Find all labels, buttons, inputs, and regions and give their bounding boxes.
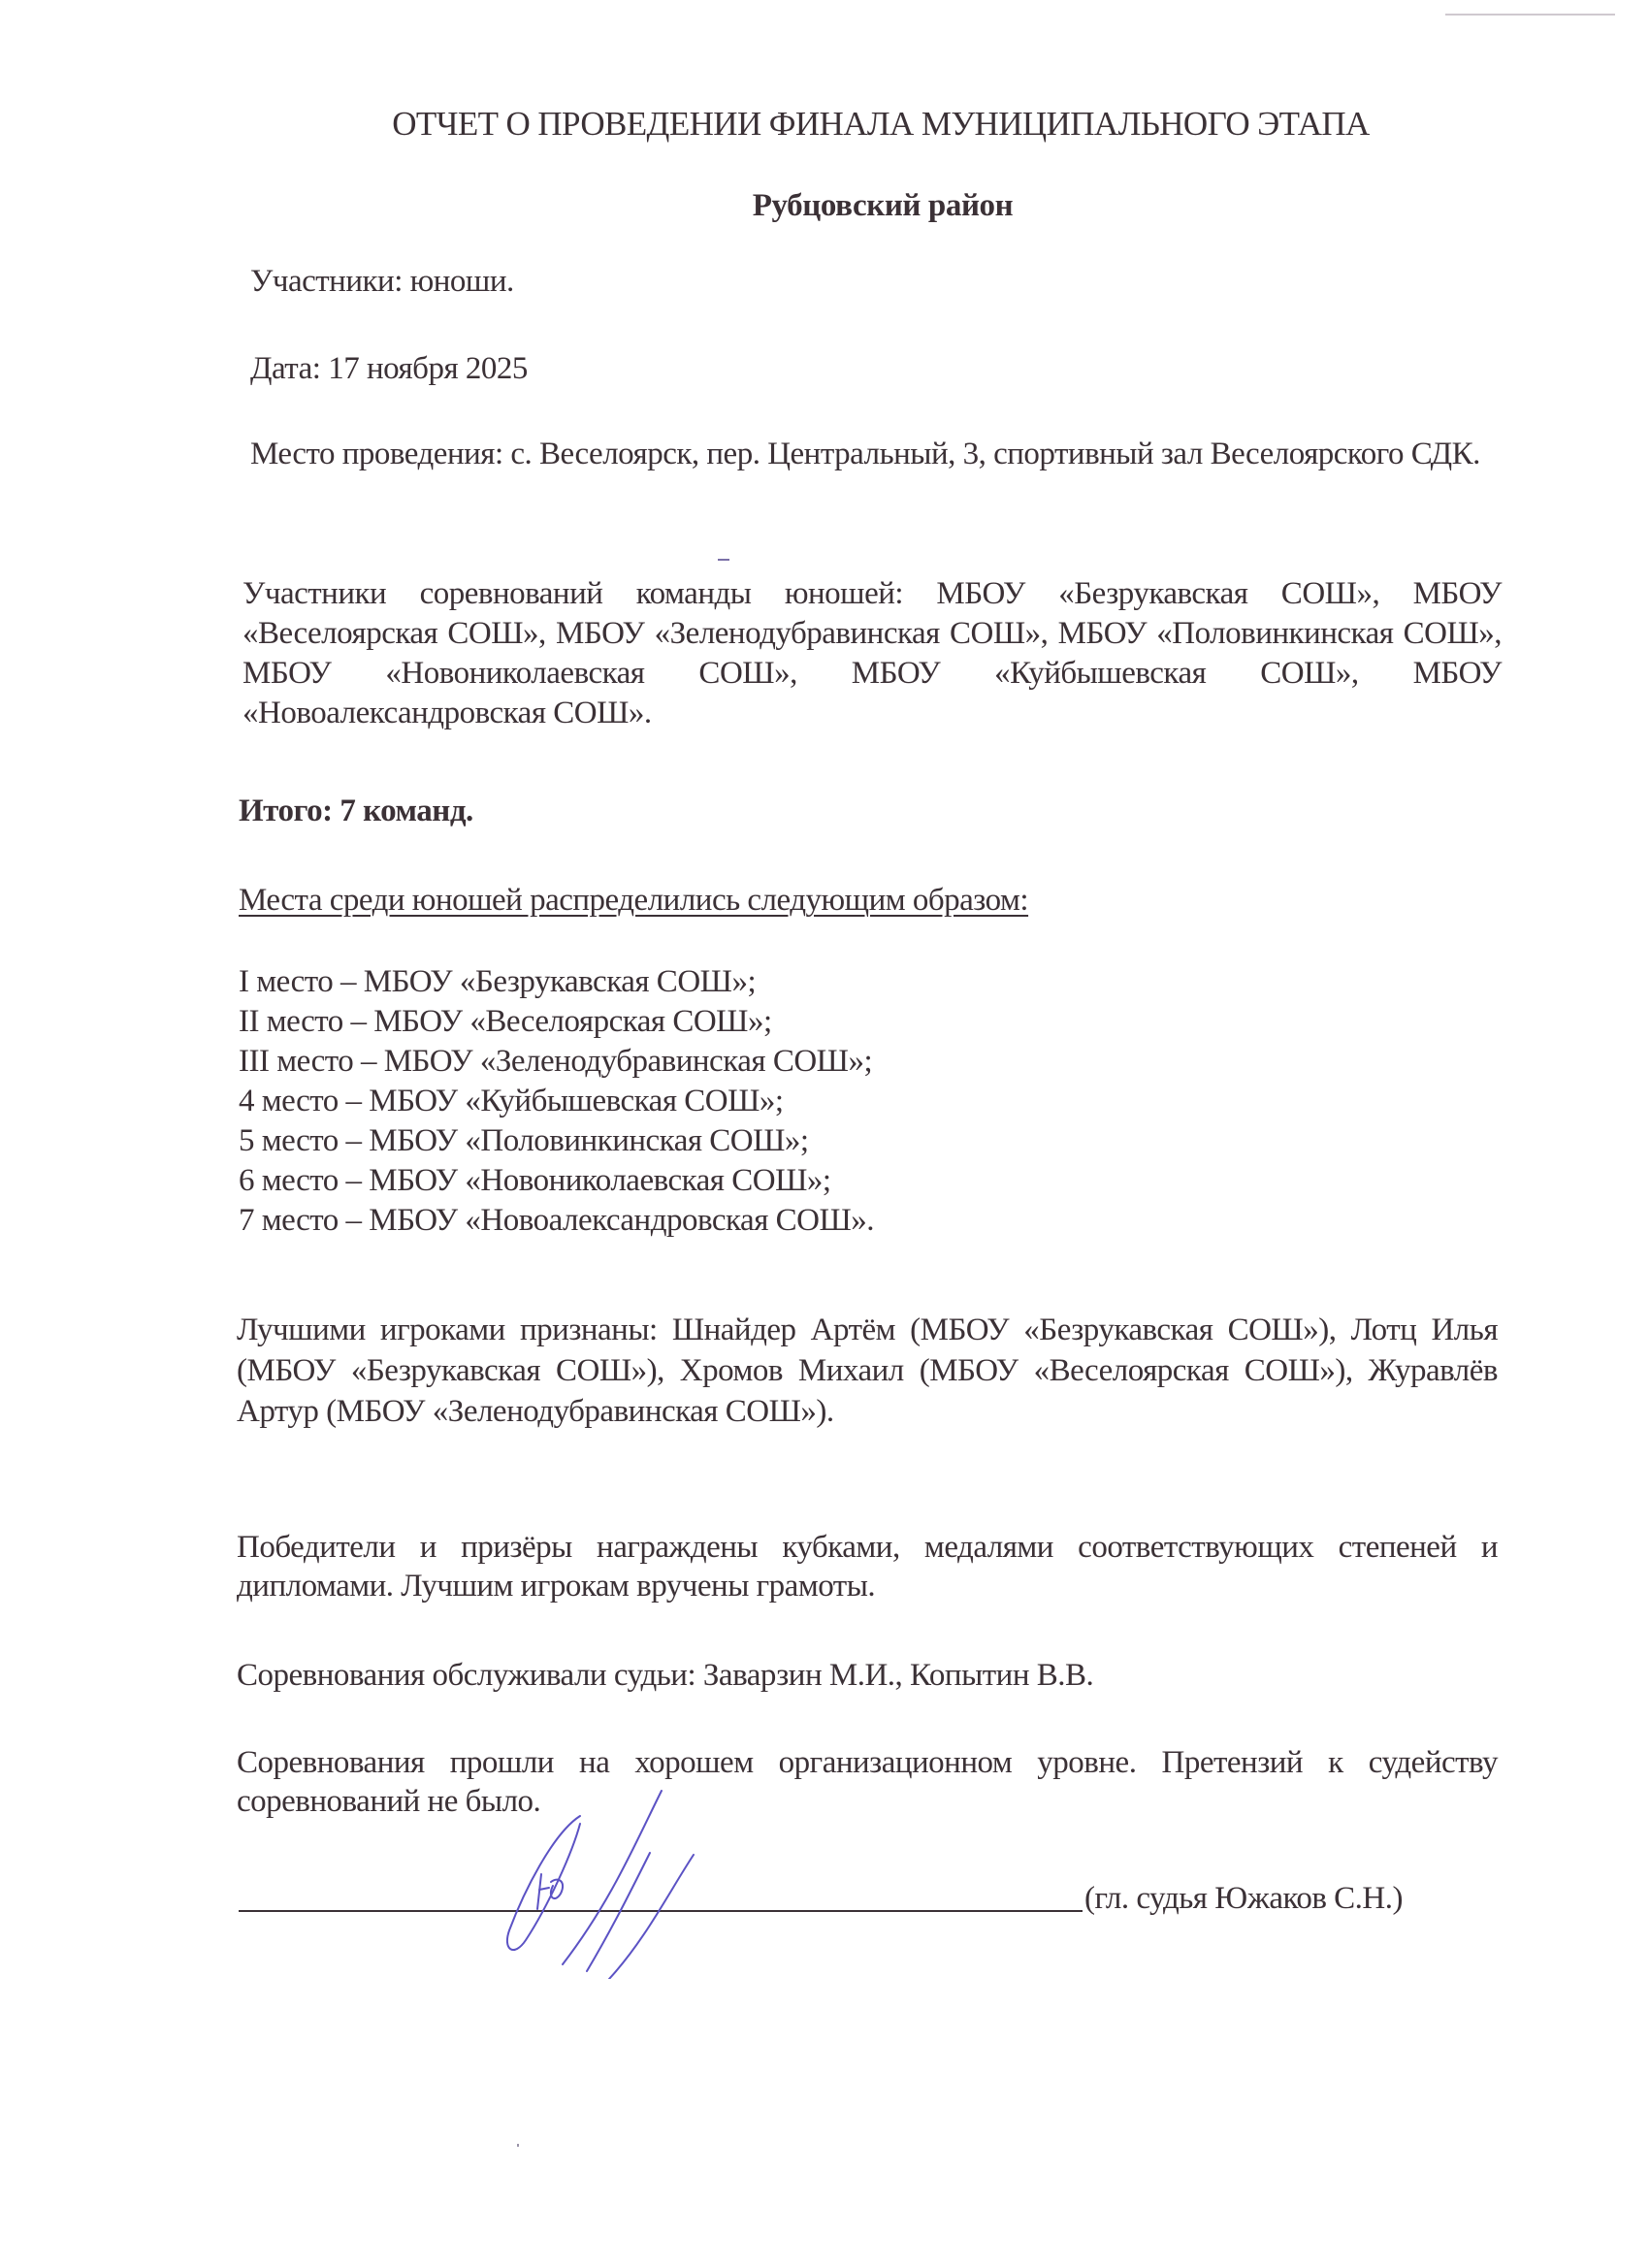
place-item-4: 4 место – МБОУ «Куйбышевская СОШ»; <box>239 1082 874 1121</box>
place-item-7: 7 место – МБОУ «Новоалександровская СОШ»… <box>239 1201 874 1241</box>
conclusion-paragraph: Соревнования прошли на хорошем организац… <box>237 1743 1498 1821</box>
awards-paragraph: Победители и призёры награждены кубками,… <box>237 1528 1498 1605</box>
total-teams-line: Итого: 7 команд. <box>239 792 473 830</box>
place-item-3: III место – МБОУ «Зеленодубравинская СОШ… <box>239 1042 874 1082</box>
place-item-6: 6 место – МБОУ «Новониколаевская СОШ»; <box>239 1161 874 1201</box>
participants-line: Участники: юноши. <box>250 262 514 301</box>
handwritten-signature-icon <box>466 1785 757 1979</box>
scan-edge-line <box>1445 14 1615 16</box>
place-item-5: 5 место – МБОУ «Половинкинская СОШ»; <box>239 1121 874 1161</box>
place-item-2: II место – МБОУ «Веселоярская СОШ»; <box>239 1002 874 1042</box>
chief-judge-caption: (гл. судья Южаков С.Н.) <box>1084 1881 1403 1917</box>
places-list: I место – МБОУ «Безрукавская СОШ»; II ме… <box>239 962 874 1241</box>
judges-line: Соревнования обслуживали судьи: Заварзин… <box>237 1656 1093 1695</box>
report-title: ОТЧЕТ О ПРОВЕДЕНИИ ФИНАЛА МУНИЦИПАЛЬНОГО… <box>56 105 1649 144</box>
district-heading: Рубцовский район <box>58 188 1649 224</box>
date-line: Дата: 17 ноября 2025 <box>250 349 528 388</box>
teams-paragraph: Участники соревнований команды юношей: М… <box>242 574 1502 733</box>
signature-row: (гл. судья Южаков С.Н.) <box>239 1877 1500 1926</box>
scan-speck <box>517 2144 519 2147</box>
place-item-1: I место – МБОУ «Безрукавская СОШ»; <box>239 962 874 1002</box>
scan-speck <box>718 559 729 561</box>
best-players-paragraph: Лучшими игроками признаны: Шнайдер Артём… <box>237 1310 1498 1432</box>
venue-paragraph: Место проведения: с. Веселоярск, пер. Це… <box>250 435 1502 473</box>
places-heading: Места среди юношей распределились следую… <box>239 881 1028 920</box>
